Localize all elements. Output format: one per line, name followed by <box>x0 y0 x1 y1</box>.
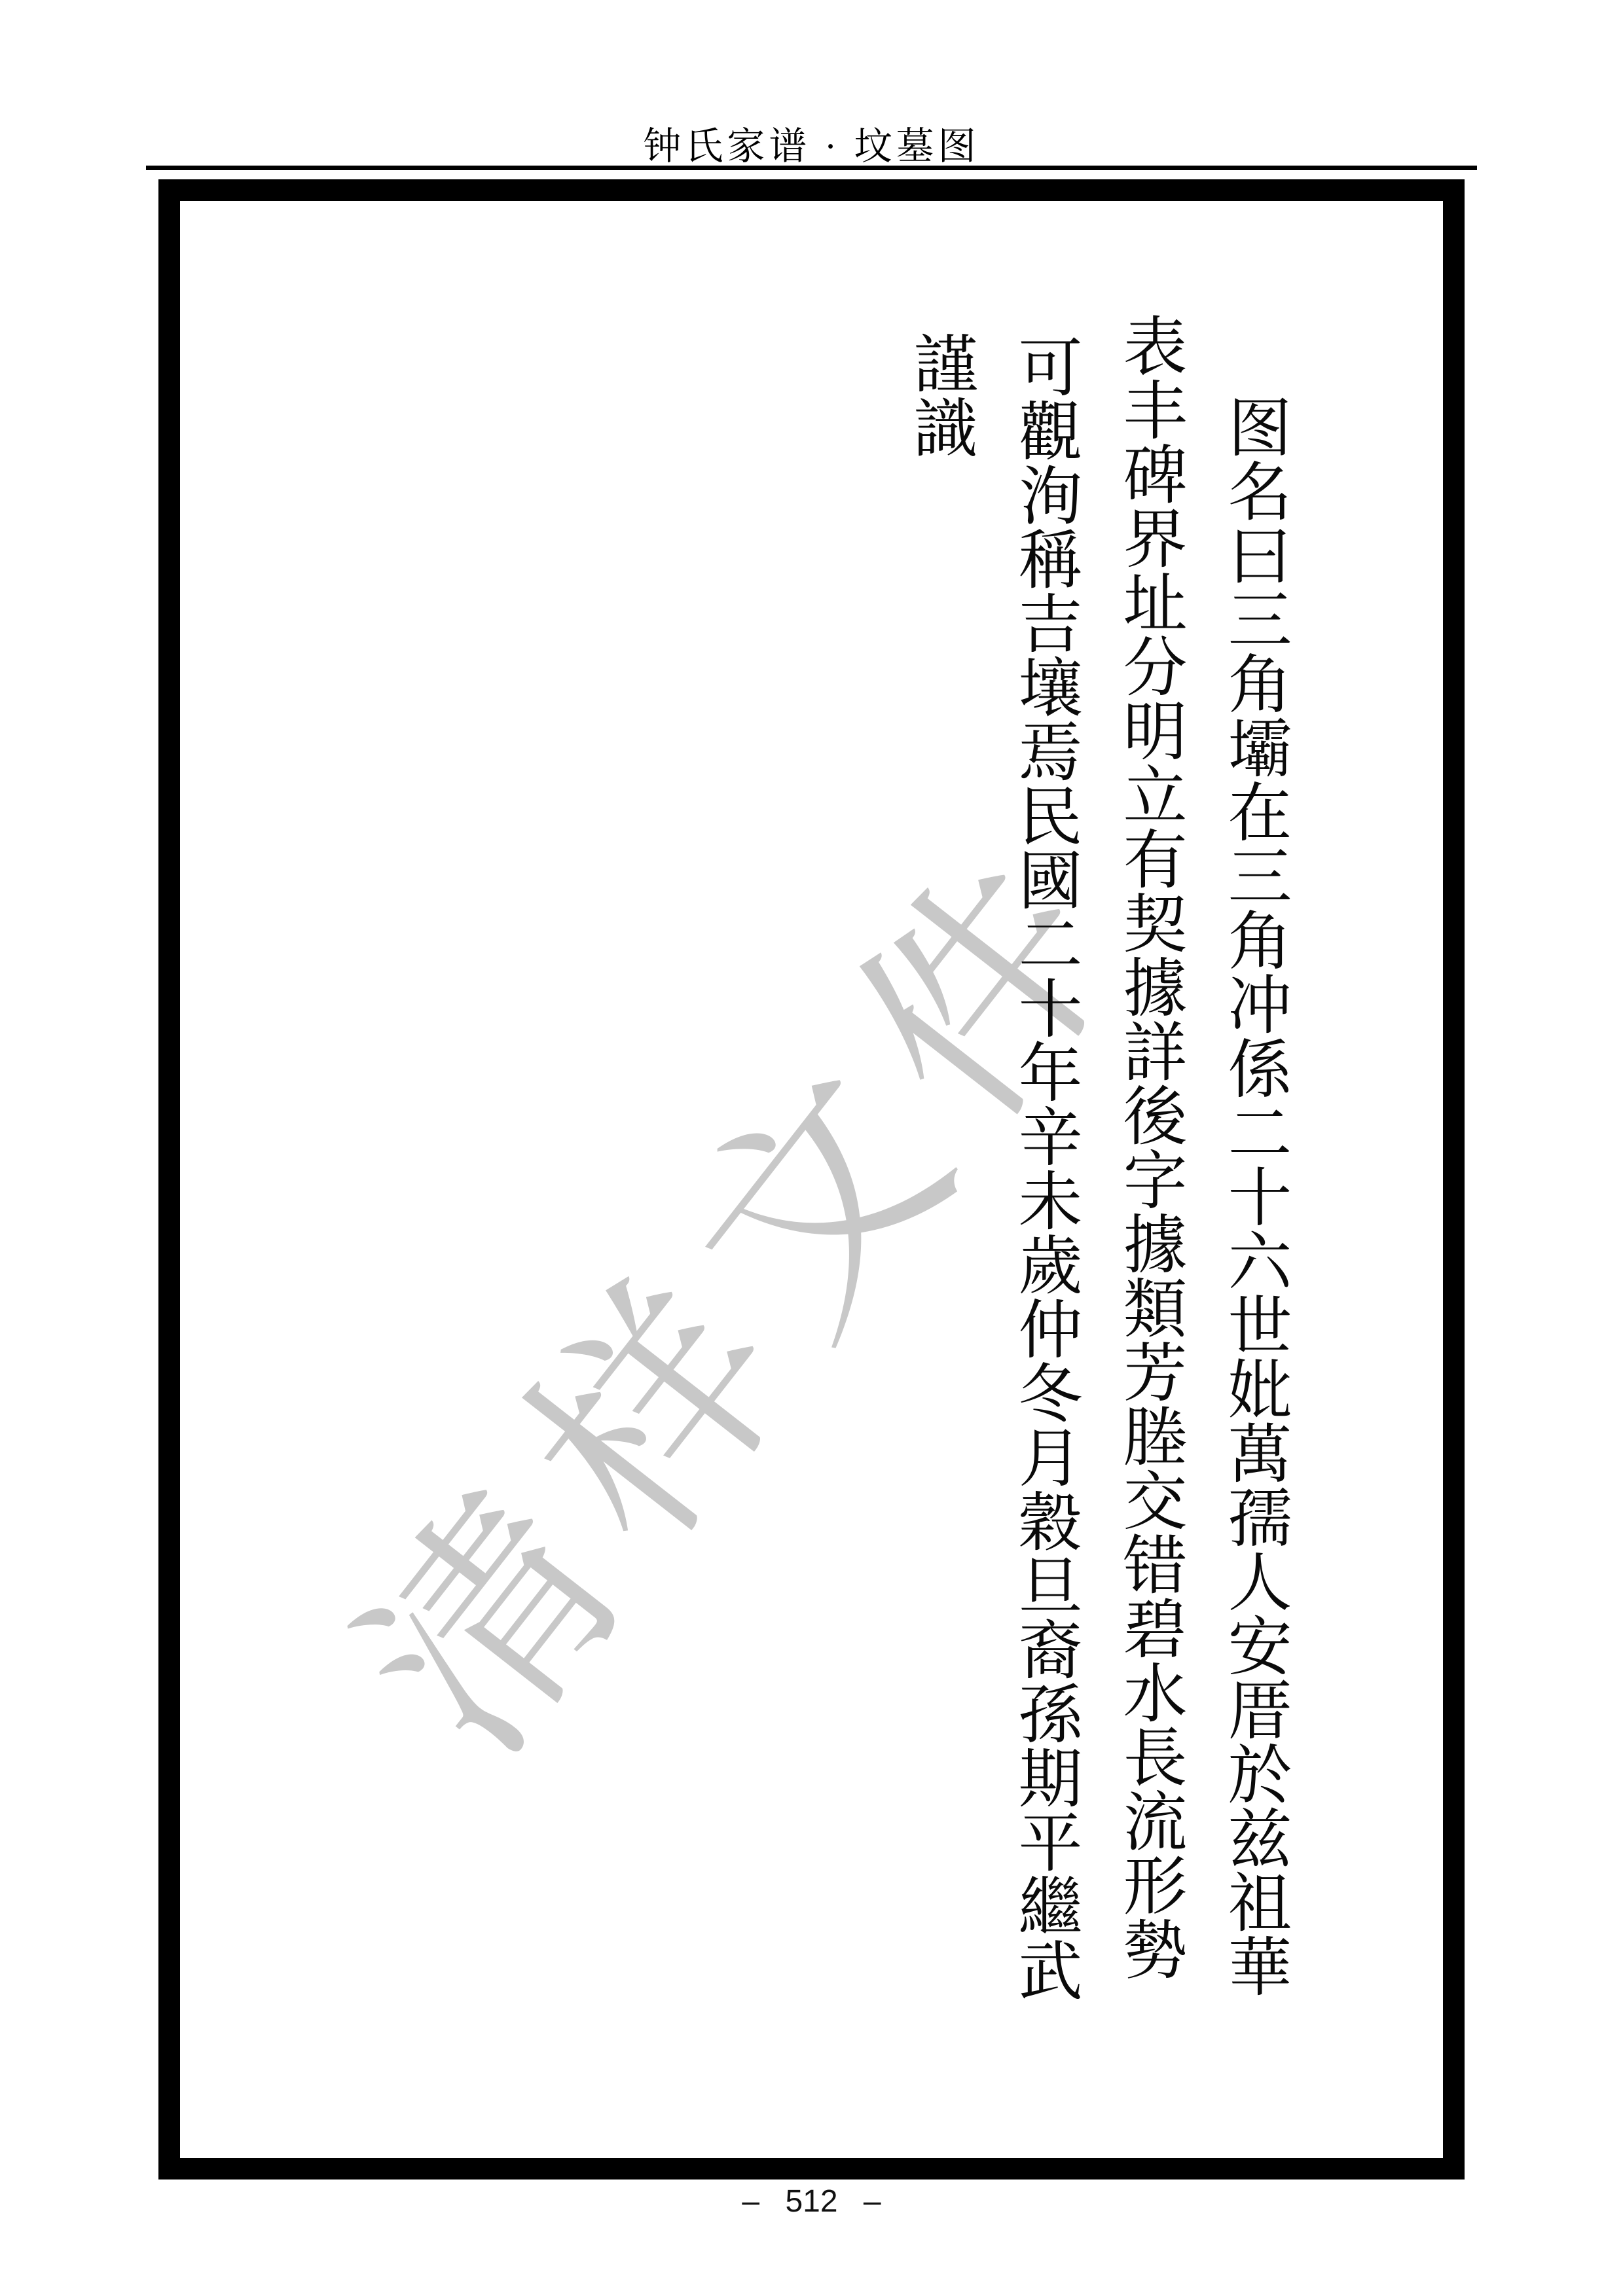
text-column-2: 表丰碑界址分明立有契據詳後字據類芳塍交错碧水長流形勢 <box>1117 313 1181 1981</box>
document-page: 钟氏家谱 · 坟墓图 清样文件 图名曰三角壩在三角冲係二十六世妣萬孺人安厝於兹祖… <box>0 0 1623 2296</box>
page-number: – 512 – <box>0 2183 1623 2219</box>
text-column-3: 可觀洵稱吉壤焉民國二十年辛未歲仲冬月穀旦裔孫期平繼武 <box>1012 334 1076 2001</box>
text-column-4-signature: 謹識 <box>907 331 972 459</box>
page-header-title: 钟氏家谱 · 坟墓图 <box>0 115 1623 170</box>
text-column-1: 图名曰三角壩在三角冲係二十六世妣萬孺人安厝於兹祖華 <box>1222 394 1286 1998</box>
header-rule <box>146 166 1477 170</box>
